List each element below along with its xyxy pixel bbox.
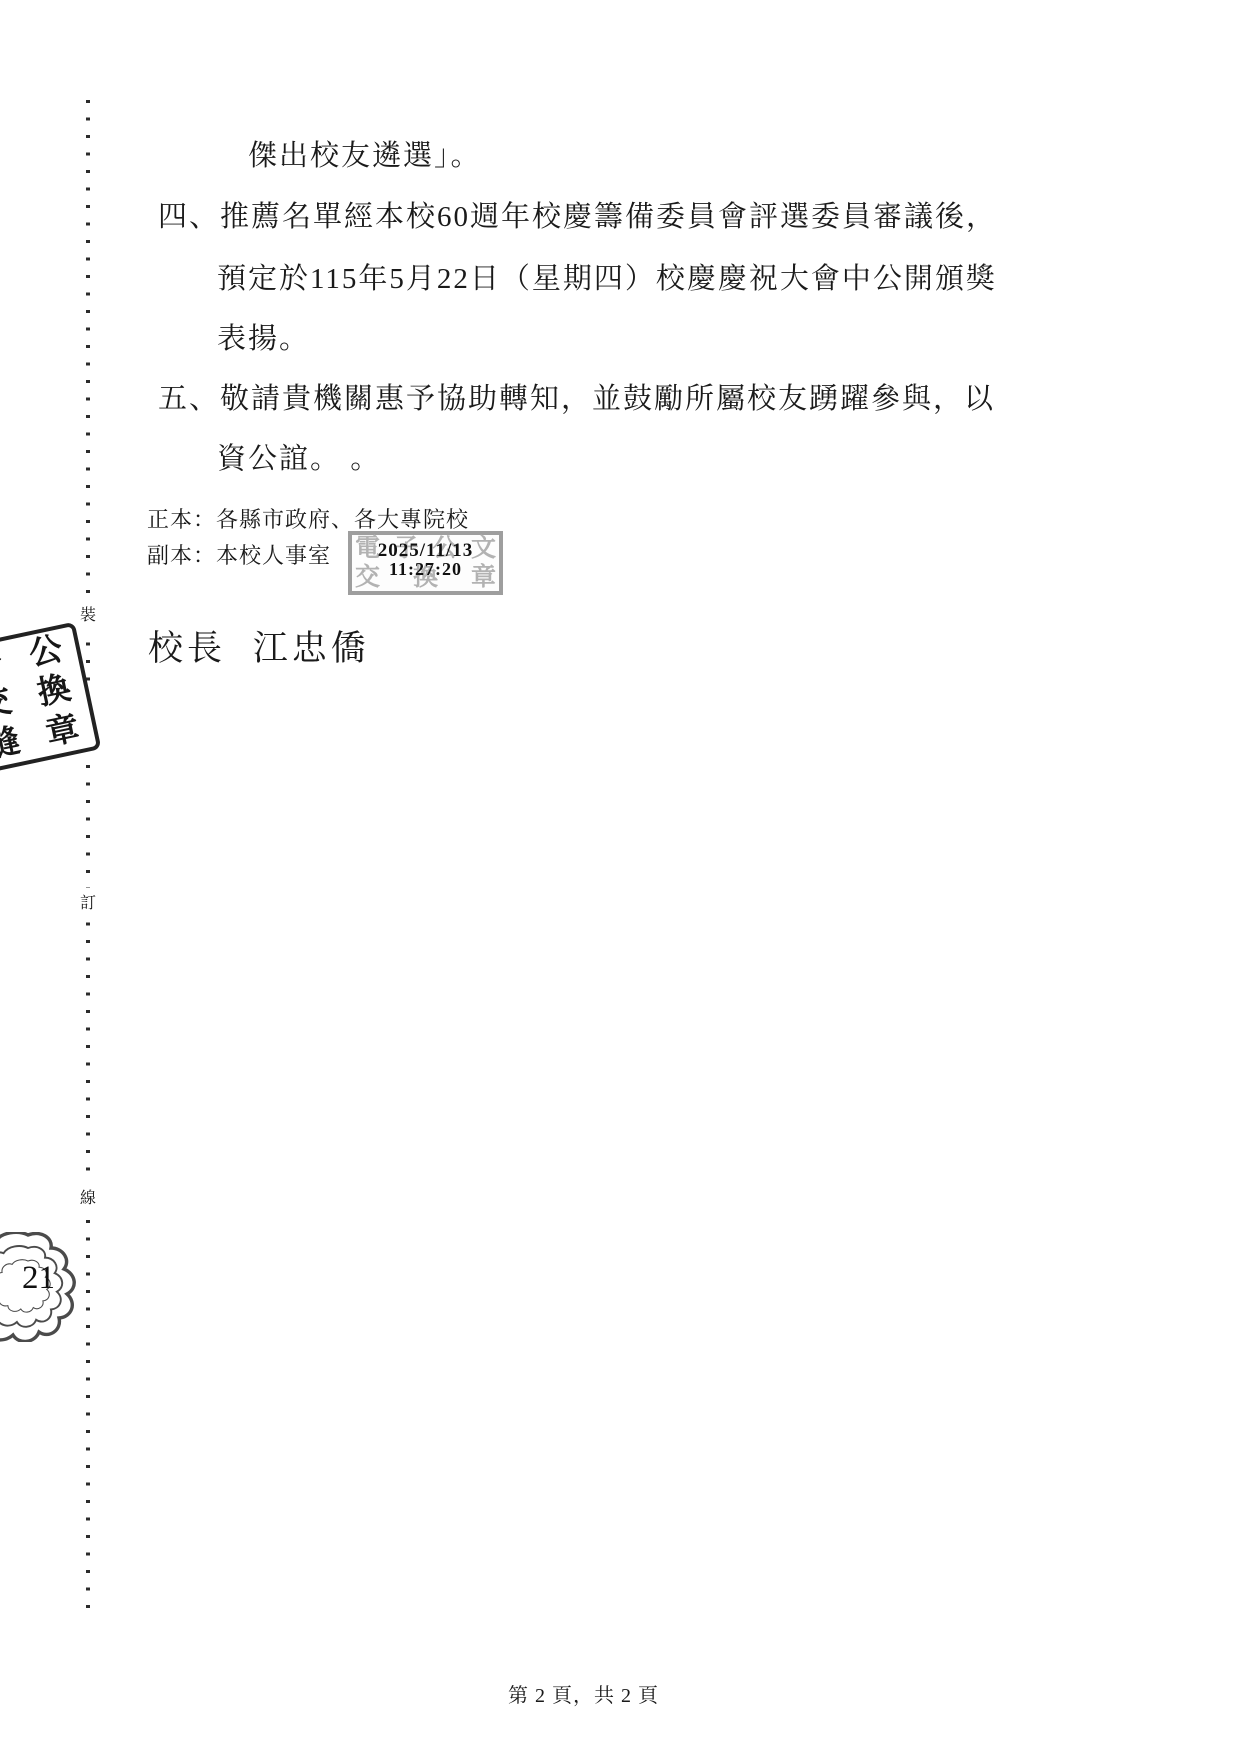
wavy-seal: 21 xyxy=(0,1232,85,1342)
exchange-stamp-date: 2025/11/13 xyxy=(352,541,499,560)
seam-stamp-char: 縫 xyxy=(0,725,23,764)
seam-stamp-char: 子 xyxy=(0,646,6,685)
seal-page-number: 21 xyxy=(22,1260,55,1296)
exchange-stamp-time: 11:27:20 xyxy=(352,560,499,578)
body-line: 表揚。 xyxy=(217,322,310,357)
seam-stamp-char: 公 xyxy=(26,633,65,672)
binding-mark-zhuang: 裝 xyxy=(74,600,102,632)
binding-mark-ding: 訂 xyxy=(74,888,102,920)
recipient-copy-label: 副本： xyxy=(147,543,216,568)
body-line: 傑出校友遴選」。 xyxy=(248,139,482,174)
recipient-primary-value: 各縣市政府、各大專院校 xyxy=(216,507,469,532)
recipient-primary: 正本：各縣市政府、各大專院校 xyxy=(147,503,469,534)
binding-dotted-line xyxy=(86,100,90,1622)
seam-stamp-char: 交 xyxy=(0,685,15,724)
recipient-copy: 副本：本校人事室 xyxy=(147,539,331,570)
signature-principal: 校長 江忠僑 xyxy=(148,621,370,671)
seam-stamp-char: 章 xyxy=(43,713,82,752)
recipient-primary-label: 正本： xyxy=(147,507,216,532)
binding-mark-xian: 線 xyxy=(74,1183,102,1215)
document-page: 裝 訂 線 電 子 公 文 交 換 騎 縫 章 傑出校友遴選」。 四、推薦名單經… xyxy=(0,0,1241,1754)
exchange-stamp: 電 子 公 文 交 換 章 2025/11/13 11:27:20 xyxy=(348,531,503,595)
page-footer: 第 2 頁，共 2 頁 xyxy=(508,1679,659,1708)
seam-stamp-char: 換 xyxy=(35,673,74,712)
body-line-item-5: 五、敬請貴機關惠予協助轉知，並鼓勵所屬校友踴躍參與，以 xyxy=(158,382,995,417)
body-line-item-4: 四、推薦名單經本校60週年校慶籌備委員會評選委員審議後， xyxy=(158,200,997,235)
recipient-copy-value: 本校人事室 xyxy=(216,543,331,568)
body-line: 資公誼。 。 xyxy=(217,442,381,477)
body-line: 預定於115年5月22日（星期四）校慶慶祝大會中公開頒獎 xyxy=(217,262,997,297)
